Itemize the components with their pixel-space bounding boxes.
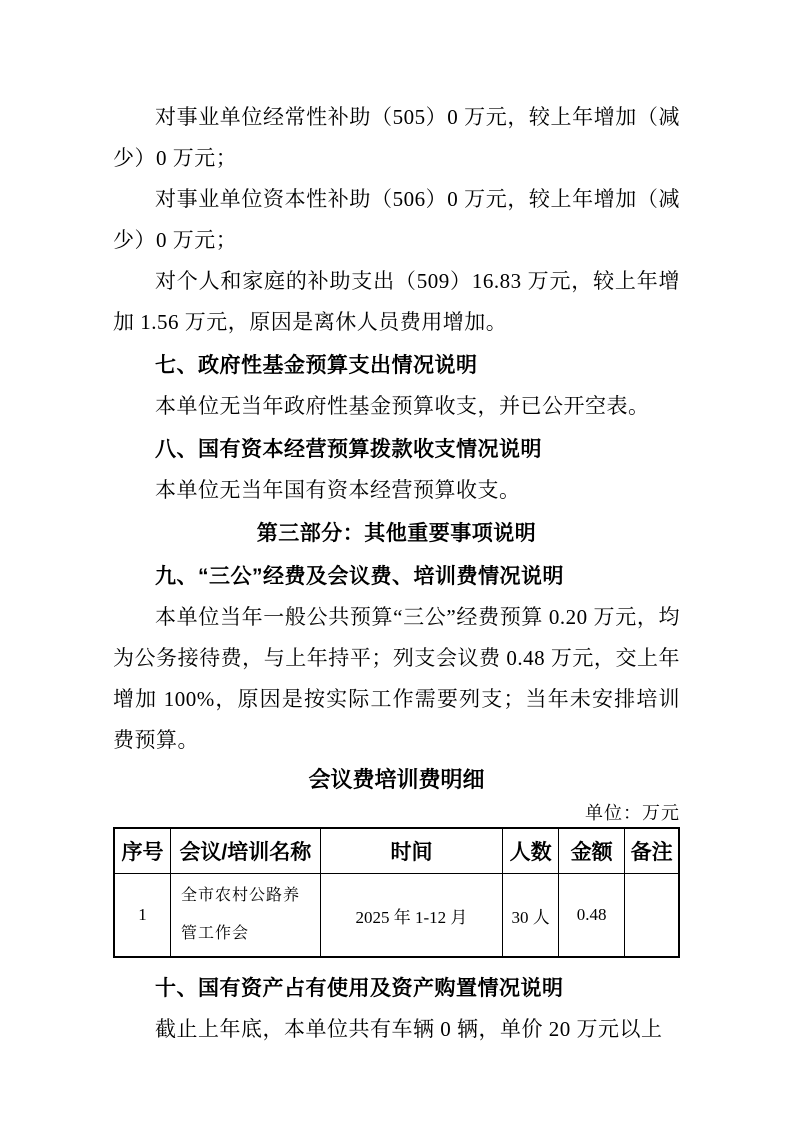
paragraph-subsidy-505: 对事业单位经常性补助（505）0 万元，较上年增加（减少）0 万元； (113, 97, 680, 179)
heading-section-7: 七、政府性基金预算支出情况说明 (113, 345, 680, 386)
meeting-training-table: 序号 会议/培训名称 时间 人数 金额 备注 1 全市农村公路养管工作会 202… (113, 827, 680, 958)
header-amount: 金额 (559, 828, 625, 874)
table-header-row: 序号 会议/培训名称 时间 人数 金额 备注 (114, 828, 679, 874)
cell-people: 30 人 (503, 874, 559, 958)
cell-amount: 0.48 (559, 874, 625, 958)
header-time: 时间 (320, 828, 502, 874)
paragraph-subsidy-509: 对个人和家庭的补助支出（509）16.83 万元，较上年增加 1.56 万元，原… (113, 261, 680, 343)
header-seq: 序号 (114, 828, 171, 874)
paragraph-subsidy-506: 对事业单位资本性补助（506）0 万元，较上年增加（减少）0 万元； (113, 179, 680, 261)
paragraph-section-8: 本单位无当年国有资本经营预算收支。 (113, 470, 680, 511)
cell-seq: 1 (114, 874, 171, 958)
header-note: 备注 (625, 828, 679, 874)
meeting-table-title: 会议费培训费明细 (113, 761, 680, 799)
cell-note (625, 874, 679, 958)
heading-part-3: 第三部分：其他重要事项说明 (113, 513, 680, 554)
document-page: 对事业单位经常性补助（505）0 万元，较上年增加（减少）0 万元； 对事业单位… (0, 0, 793, 1122)
paragraph-section-10: 截止上年底，本单位共有车辆 0 辆，单价 20 万元以上 (113, 1009, 680, 1050)
paragraph-section-7: 本单位无当年政府性基金预算收支，并已公开空表。 (113, 386, 680, 427)
header-people: 人数 (503, 828, 559, 874)
table-row: 1 全市农村公路养管工作会 2025 年 1-12 月 30 人 0.48 (114, 874, 679, 958)
cell-name: 全市农村公路养管工作会 (171, 874, 321, 958)
header-name: 会议/培训名称 (171, 828, 321, 874)
cell-time: 2025 年 1-12 月 (320, 874, 502, 958)
paragraph-section-9: 本单位当年一般公共预算“三公”经费预算 0.20 万元，均为公务接待费，与上年持… (113, 597, 680, 761)
heading-section-8: 八、国有资本经营预算拨款收支情况说明 (113, 429, 680, 470)
unit-note: 单位：万元 (113, 799, 680, 827)
heading-section-9: 九、“三公”经费及会议费、培训费情况说明 (113, 556, 680, 597)
heading-section-10: 十、国有资产占有使用及资产购置情况说明 (113, 968, 680, 1009)
